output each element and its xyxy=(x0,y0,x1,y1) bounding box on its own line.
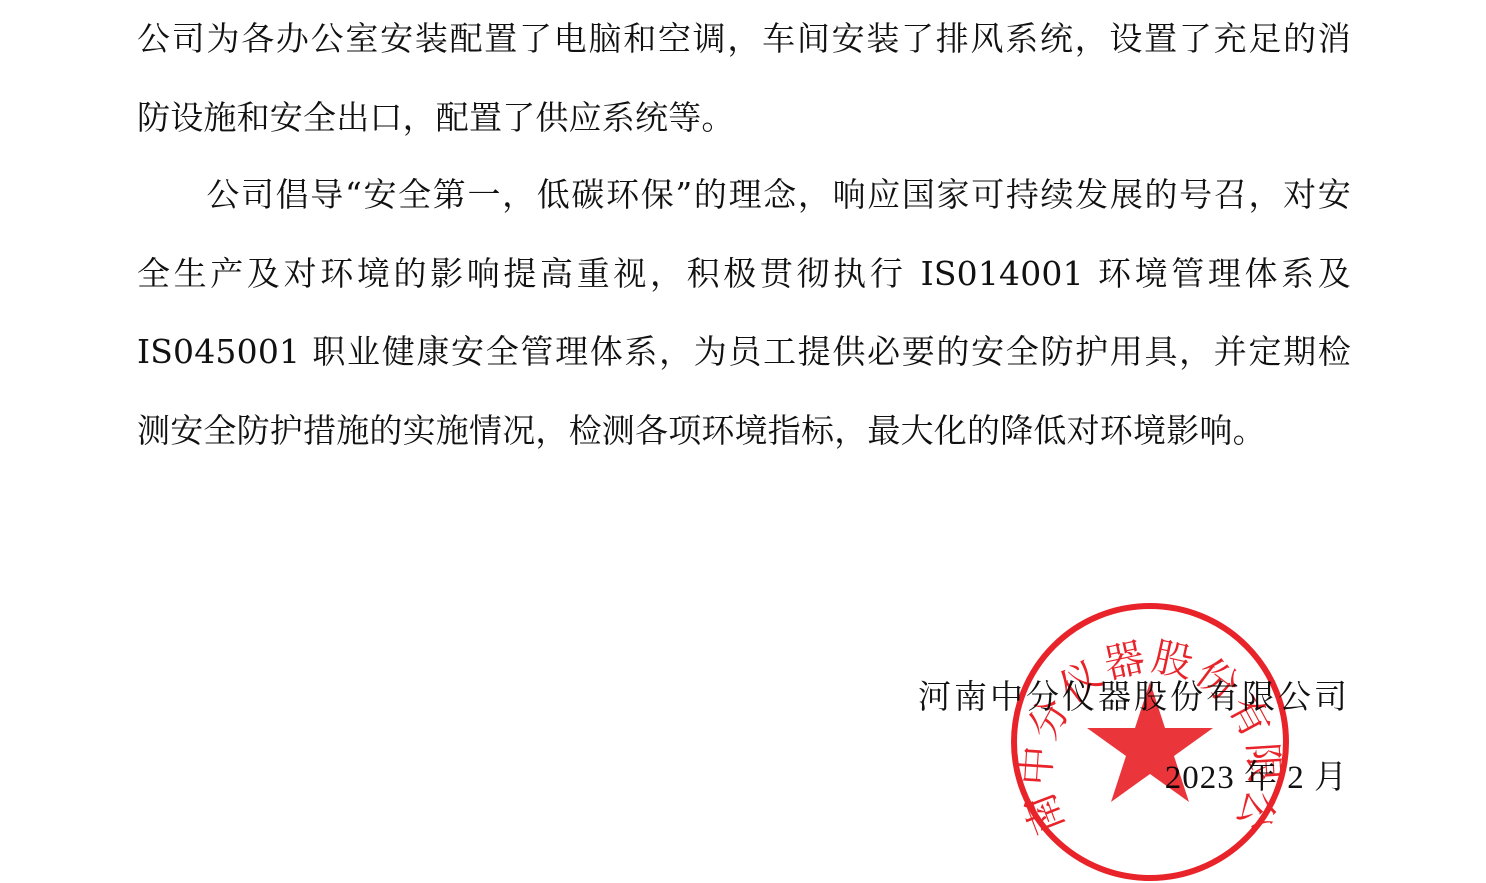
document-page: 公司为各办公室安装配置了电脑和空调，车间安装了排风系统，设置了充足的消 防设施和… xyxy=(0,0,1486,883)
company-seal-stamp-icon: 河南中分仪器股份有限公司 xyxy=(1008,600,1292,883)
paragraph-2-line-1: 公司倡导“安全第一，低碳环保”的理念，响应国家可持续发展的号召，对安 xyxy=(137,174,1351,216)
signature-date: 2023 年 2 月 xyxy=(1165,757,1348,799)
paragraph-2-line-4: 测安全防护措施的实施情况，检测各项环境指标，最大化的降低对环境影响。 xyxy=(137,410,1351,452)
svg-text:河南中分仪器股份有限公司: 河南中分仪器股份有限公司 xyxy=(1008,600,1287,840)
signature-company: 河南中分仪器股份有限公司 xyxy=(918,676,1350,718)
paragraph-2-line-2: 全生产及对环境的影响提高重视，积极贯彻执行 IS014001 环境管理体系及 xyxy=(137,253,1351,295)
paragraph-1-line-1: 公司为各办公室安装配置了电脑和空调，车间安装了排风系统，设置了充足的消 xyxy=(137,18,1351,60)
paragraph-1-line-2: 防设施和安全出口，配置了供应系统等。 xyxy=(137,97,1351,139)
paragraph-2-line-3: IS045001 职业健康安全管理体系，为员工提供必要的安全防护用具，并定期检 xyxy=(137,331,1351,373)
